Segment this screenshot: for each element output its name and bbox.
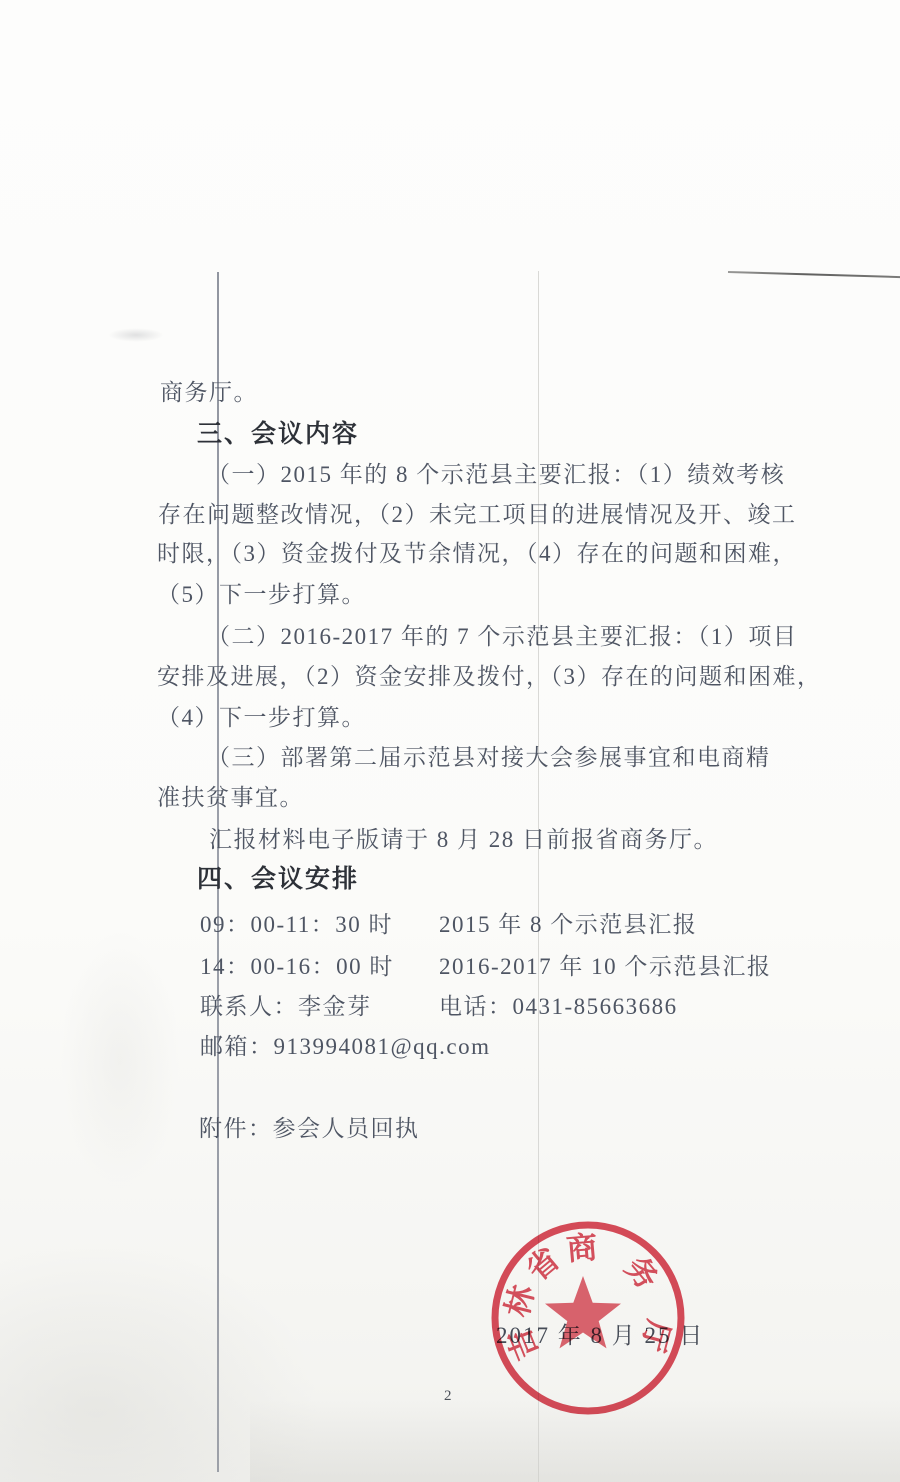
para1-line-2: 存在问题整改情况，（2）未完工项目的进展情况及开、竣工 bbox=[158, 500, 797, 530]
schedule-time: 09：00-11：30 时 bbox=[200, 906, 393, 939]
schedule-item: 2015 年 8 个示范县汇报 bbox=[439, 906, 697, 939]
seal-char: 商 bbox=[565, 1230, 599, 1268]
contact-row: 联系人：李金芽 电话：0431-85663686 bbox=[0, 988, 900, 1022]
scan-shading-bottom bbox=[250, 1400, 900, 1482]
schedule-item: 2016-2017 年 10 个示范县汇报 bbox=[439, 948, 771, 981]
contact-person: 联系人：李金芽 bbox=[200, 988, 372, 1021]
para2-line-3: （4）下一步打算。 bbox=[157, 703, 366, 733]
seal-char: 省 bbox=[520, 1241, 566, 1288]
section-heading-meeting-content: 三、会议内容 bbox=[197, 419, 359, 449]
para3-line-2: 准扶贫事宜。 bbox=[157, 783, 304, 813]
scanned-document-page: 商务厅。 三、会议内容 （一）2015 年的 8 个示范县主要汇报：（1）绩效考… bbox=[0, 0, 900, 1482]
section-heading-meeting-schedule: 四、会议安排 bbox=[197, 864, 359, 894]
para1-line-4: （5）下一步打算。 bbox=[157, 580, 366, 610]
schedule-time: 14：00-16：00 时 bbox=[200, 948, 394, 981]
contact-phone: 电话：0431-85663686 bbox=[439, 988, 678, 1021]
para1-line-3: 时限，（3）资金拨付及节余情况，（4）存在的问题和困难， bbox=[157, 539, 797, 569]
para2-line-2: 安排及进展，（2）资金安排及拨付，（3）存在的问题和困难， bbox=[157, 662, 822, 692]
contact-email-row: 邮箱：913994081@qq.com bbox=[0, 1028, 900, 1062]
schedule-row: 09：00-11：30 时 2015 年 8 个示范县汇报 bbox=[0, 906, 900, 940]
page-number: 2 bbox=[444, 1388, 452, 1405]
para1-line-1: （一）2015 年的 8 个示范县主要汇报：（1）绩效考核 bbox=[207, 460, 785, 490]
seal-char: 林 bbox=[499, 1281, 541, 1321]
body-line-continuation: 商务厅。 bbox=[160, 378, 258, 408]
document-date: 2017 年 8 月 25 日 bbox=[496, 1317, 704, 1350]
contact-email: 邮箱：913994081@qq.com bbox=[200, 1028, 491, 1061]
attachment-line: 附件：参会人员回执 bbox=[199, 1114, 420, 1144]
para4-line: 汇报材料电子版请于 8 月 28 日前报省商务厅。 bbox=[209, 825, 718, 855]
schedule-row: 14：00-16：00 时 2016-2017 年 10 个示范县汇报 bbox=[0, 948, 900, 982]
seal-char: 务 bbox=[618, 1250, 665, 1296]
para2-line-1: （二）2016-2017 年的 7 个示范县主要汇报：（1）项目 bbox=[207, 622, 797, 652]
para3-line-1: （三）部署第二届示范县对接大会参展事宜和电商精 bbox=[207, 743, 771, 773]
scan-smudge bbox=[108, 328, 164, 342]
top-right-scan-line bbox=[728, 271, 900, 278]
center-crease-line bbox=[538, 271, 539, 1482]
